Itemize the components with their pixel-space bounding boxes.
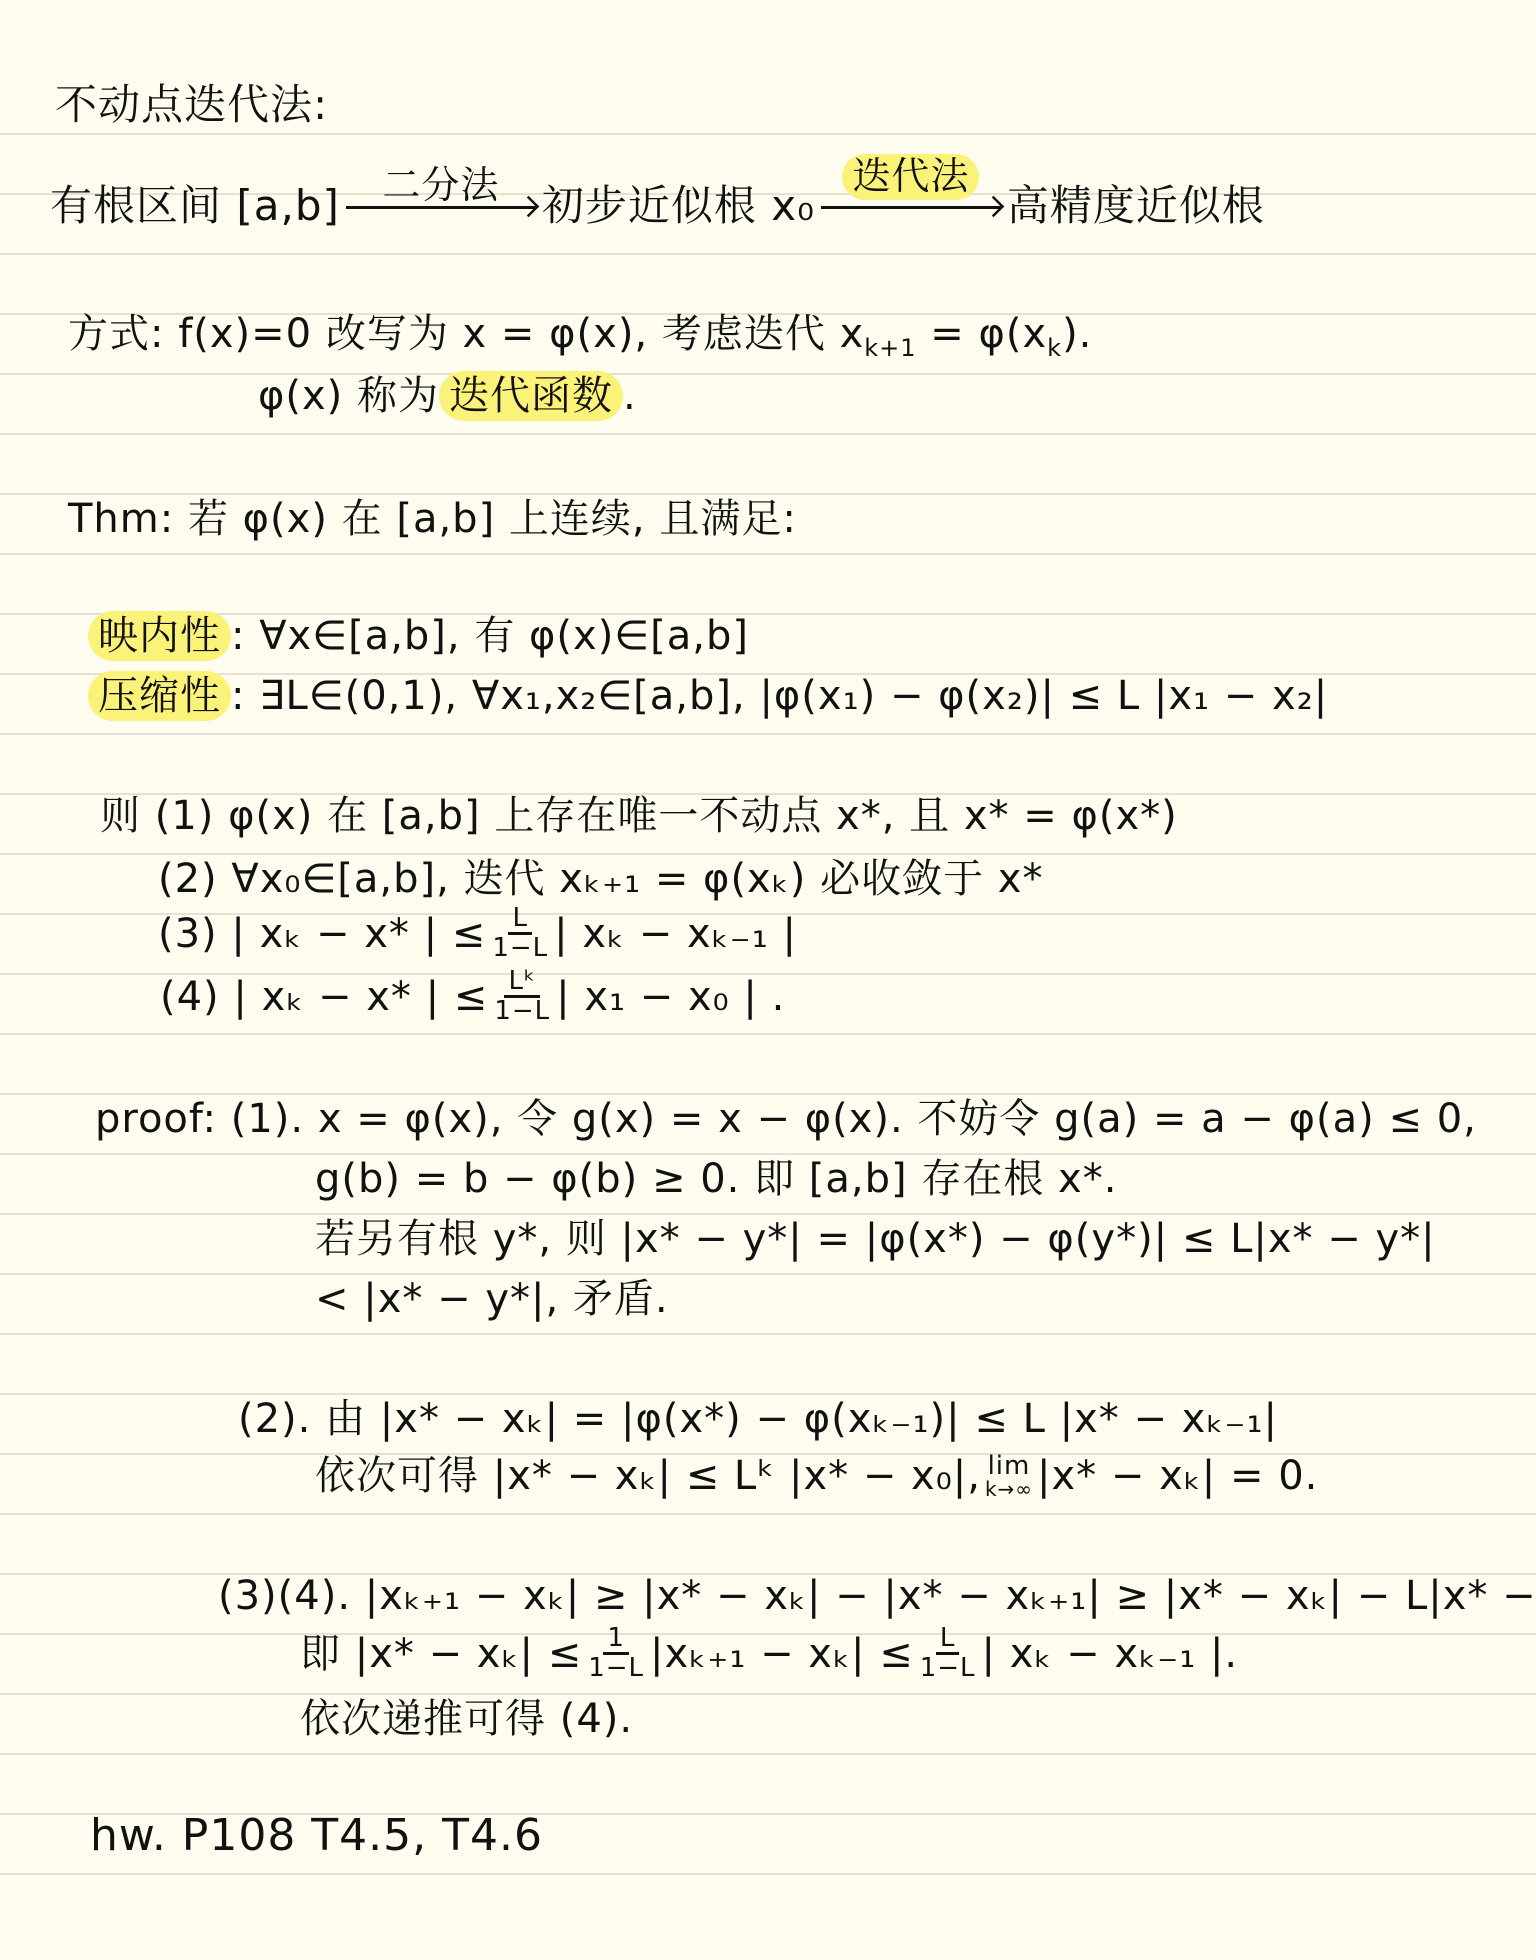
- rule-line: [0, 553, 1536, 555]
- flow-start: 有根区间 [a,b]: [50, 181, 340, 231]
- limit: lim k→∞: [985, 1453, 1033, 1499]
- method-line-2: φ(x) 称为迭代函数.: [258, 372, 637, 420]
- proof-1-line-2: g(b) = b − φ(b) ≥ 0. 即 [a,b] 存在根 x*.: [315, 1155, 1117, 1203]
- arrow-right-icon: [346, 206, 536, 209]
- conclusion-text: (3) | xₖ − x* | ≤: [158, 910, 486, 958]
- denominator: 1−L: [588, 1655, 644, 1682]
- lim-subscript: k→∞: [985, 1479, 1033, 1499]
- highlight-contraction-property: 压缩性: [88, 671, 231, 721]
- subscript: k: [1047, 334, 1062, 362]
- highlight-mapping-property: 映内性: [88, 611, 231, 661]
- conclusion-1: 则 (1) φ(x) 在 [a,b] 上存在唯一不动点 x*, 且 x* = φ…: [100, 792, 1178, 840]
- denominator: 1−L: [494, 998, 550, 1025]
- method-line-1: 方式: f(x)=0 改写为 x = φ(x), 考虑迭代 xk+1 = φ(x…: [68, 310, 1092, 363]
- rule-line: [0, 133, 1536, 135]
- denominator: 1−L: [492, 935, 548, 962]
- arrow-label-bisection: 二分法: [346, 165, 536, 207]
- rule-line: [0, 733, 1536, 735]
- proof-34-line-1: (3)(4). |xₖ₊₁ − xₖ| ≥ |x* − xₖ| − |x* − …: [218, 1572, 1536, 1620]
- proof-text: 即 |x* − xₖ| ≤: [300, 1630, 582, 1678]
- proof-34-line-3: 依次递推可得 (4).: [300, 1695, 633, 1743]
- formula-end: ).: [1062, 311, 1092, 357]
- numerator: 1: [603, 1625, 629, 1655]
- conclusion-2: (2) ∀x₀∈[a,b], 迭代 xₖ₊₁ = φ(xₖ) 必收敛于 x*: [158, 855, 1043, 903]
- rule-line: [0, 1873, 1536, 1875]
- proof-2-line-2: 依次可得 |x* − xₖ| ≤ Lᵏ |x* − x₀|, lim k→∞ |…: [315, 1452, 1318, 1500]
- theorem-intro: Thm: 若 φ(x) 在 [a,b] 上连续, 且满足:: [68, 495, 797, 543]
- rule-line: [0, 433, 1536, 435]
- period: .: [623, 373, 637, 419]
- denominator: 1−L: [920, 1655, 976, 1682]
- lim-label: lim: [988, 1453, 1031, 1479]
- arrow-label-iteration: 迭代法: [842, 154, 979, 200]
- conclusion-text: | x₁ − x₀ | .: [556, 973, 785, 1021]
- rule-line: [0, 1753, 1536, 1755]
- formula-x: x: [840, 311, 865, 357]
- proof-1-line-4: < |x* − y*|, 矛盾.: [315, 1275, 669, 1323]
- method-text: φ(x) 称为: [258, 373, 439, 419]
- subscript: k+1: [864, 334, 916, 362]
- proof-1-line-3: 若另有根 y*, 则 |x* − y*| = |φ(x*) − φ(y*)| ≤…: [315, 1215, 1436, 1263]
- highlight-iteration-function: 迭代函数: [439, 371, 623, 421]
- proof-text: |x* − xₖ| = 0.: [1037, 1452, 1318, 1500]
- fraction: L 1−L: [492, 905, 548, 963]
- method-text: 方式: f(x)=0 改写为 x = φ(x), 考虑迭代: [68, 311, 840, 357]
- flow-end: 高精度近似根: [1007, 181, 1265, 231]
- rule-line: [0, 1033, 1536, 1035]
- arrow-bisection: 二分法: [346, 165, 536, 232]
- rule-line: [0, 1513, 1536, 1515]
- numerator: L: [936, 1625, 960, 1655]
- rule-line: [0, 1693, 1536, 1695]
- flow-diagram: 有根区间 [a,b] 二分法 初步近似根 x₀ 迭代法 高精度近似根: [50, 150, 1265, 231]
- rule-line: [0, 253, 1536, 255]
- arrow-iteration: 迭代法: [821, 150, 1001, 231]
- condition-text: : ∃L∈(0,1), ∀x₁,x₂∈[a,b], |φ(x₁) − φ(x₂)…: [231, 673, 1328, 719]
- homework-note: hw. P108 T4.5, T4.6: [90, 1810, 543, 1863]
- fraction: L 1−L: [920, 1625, 976, 1683]
- conclusion-3: (3) | xₖ − x* | ≤ L 1−L | xₖ − xₖ₋₁ |: [158, 905, 797, 963]
- numerator: Lᵏ: [504, 968, 540, 998]
- condition-contraction: 压缩性: ∃L∈(0,1), ∀x₁,x₂∈[a,b], |φ(x₁) − φ(…: [88, 672, 1328, 720]
- proof-2-line-1: (2). 由 |x* − xₖ| = |φ(x*) − φ(xₖ₋₁)| ≤ L…: [238, 1395, 1278, 1443]
- conclusion-4: (4) | xₖ − x* | ≤ Lᵏ 1−L | x₁ − x₀ | .: [160, 968, 785, 1026]
- proof-34-line-2: 即 |x* − xₖ| ≤ 1 1−L |xₖ₊₁ − xₖ| ≤ L 1−L …: [300, 1625, 1238, 1683]
- conclusion-text: | xₖ − xₖ₋₁ |: [554, 910, 797, 958]
- proof-text: |xₖ₊₁ − xₖ| ≤: [650, 1630, 914, 1678]
- proof-text: | xₖ − xₖ₋₁ |.: [982, 1630, 1239, 1678]
- page-title: 不动点迭代法:: [55, 80, 328, 130]
- rule-line: [0, 1333, 1536, 1335]
- arrow-right-icon: [821, 206, 1001, 209]
- fraction: Lᵏ 1−L: [494, 968, 550, 1026]
- conclusion-text: (4) | xₖ − x* | ≤: [160, 973, 488, 1021]
- condition-mapping: 映内性: ∀x∈[a,b], 有 φ(x)∈[a,b]: [88, 612, 749, 660]
- formula-mid: = φ(x: [917, 311, 1048, 357]
- proof-text: 依次可得 |x* − xₖ| ≤ Lᵏ |x* − x₀|,: [315, 1452, 981, 1500]
- numerator: L: [508, 905, 532, 935]
- fraction: 1 1−L: [588, 1625, 644, 1683]
- condition-text: : ∀x∈[a,b], 有 φ(x)∈[a,b]: [231, 613, 749, 659]
- proof-1-line-1: proof: (1). x = φ(x), 令 g(x) = x − φ(x).…: [95, 1095, 1477, 1143]
- rule-line: [0, 1273, 1536, 1275]
- rule-line: [0, 373, 1536, 375]
- flow-middle: 初步近似根 x₀: [542, 181, 815, 231]
